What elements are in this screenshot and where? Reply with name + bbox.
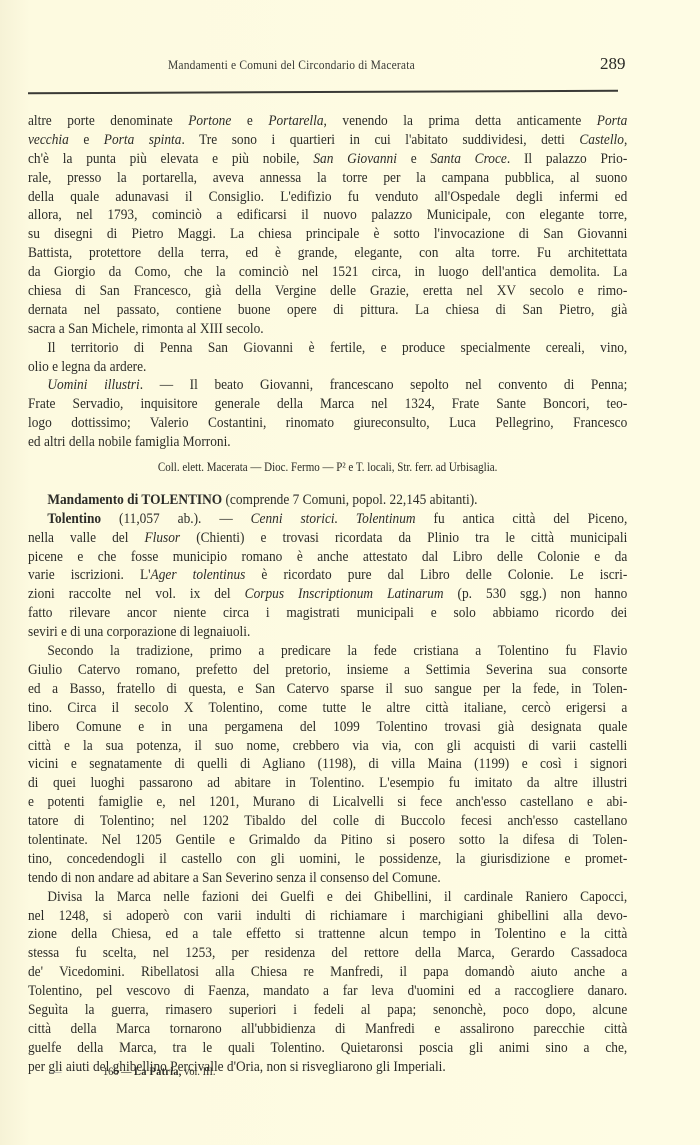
text-line: guelfe della Marca, tra le quali Tolenti… xyxy=(28,1039,627,1058)
text-line: rale, presso la portarella, aveva anness… xyxy=(28,169,627,188)
paragraph-penna-notable-people: Uomini illustri. — Il beato Giovanni, fr… xyxy=(28,376,632,452)
section-heading-tolentino: Mandamento di TOLENTINO (comprende 7 Com… xyxy=(28,491,627,510)
italic-term: Cenni storici. Tolentinum xyxy=(251,510,416,527)
italic-term: vecchia xyxy=(28,131,69,148)
text-line: ed altri della nobile famiglia Morroni. xyxy=(28,433,627,452)
page-footer: — 166 — La Patria, vol. III. xyxy=(40,1066,640,1086)
text-line: Uomini illustri. — Il beato Giovanni, fr… xyxy=(28,376,627,395)
italic-term: Castello xyxy=(579,131,624,148)
text-line: fatto rilevare ancor niente circa i magi… xyxy=(28,604,627,623)
text-line: vicini e segnatamente di quelli di Aglia… xyxy=(28,755,627,774)
text-line: tatore di Tolentino; nel 1202 Tibaldo de… xyxy=(28,812,627,831)
italic-term: Portone xyxy=(188,112,231,129)
text-line: nella valle del Flusor (Chienti) e trova… xyxy=(28,529,627,548)
text-line: allora, nel 1793, cominciò a edificarsi … xyxy=(28,206,627,225)
text-line: chiesa di San Francesco, già della Vergi… xyxy=(28,282,627,301)
italic-term: San Giovanni xyxy=(313,150,397,167)
paragraph-tolentino-guelphs-ghibellines: Divisa la Marca nelle fazioni dei Guelfi… xyxy=(28,888,632,1077)
text-line: stessa fu scelta, nel 1253, per residenz… xyxy=(28,944,627,963)
text-line: dernata nel passato, contiene buone oper… xyxy=(28,301,627,320)
italic-term: Flusor xyxy=(144,529,180,546)
text-line: libero Comune e in una pergamena del 109… xyxy=(28,718,627,737)
printer-signature: 166 — La Patria, vol. III. xyxy=(103,1066,216,1078)
italic-term: Porta spinta xyxy=(104,131,182,148)
paragraph-tolentino-ancient-history: Tolentino (11,057 ab.). — Cenni storici.… xyxy=(28,510,632,642)
text-line: nel 1248, si adoperò con varii indulti d… xyxy=(28,907,627,926)
italic-term: Portarella xyxy=(268,112,323,129)
text-line: tino. Circa il secolo X Tolentino, come … xyxy=(28,699,627,718)
italic-term: Corpus Inscriptionum Latinarum xyxy=(245,585,444,602)
text-line: sacra a San Michele, rimonta al XIII sec… xyxy=(28,320,627,339)
text-line: zioni raccolte nel vol. ix del Corpus In… xyxy=(28,585,627,604)
text-line: Divisa la Marca nelle fazioni dei Guelfi… xyxy=(28,888,627,907)
text-line: Secondo la tradizione, primo a predicare… xyxy=(28,642,627,661)
italic-term: Ager tolentinus xyxy=(151,566,246,583)
text-line: città della Marca tornarono all'ubbidien… xyxy=(28,1020,627,1039)
italic-term: Porta xyxy=(597,112,627,129)
text-line: da Giorgio da Como, che la cominciò nel … xyxy=(28,263,627,282)
text-line: Tolentino, pel vescovo di Faenza, mandat… xyxy=(28,982,627,1001)
footer-dash: — xyxy=(50,1066,62,1078)
text-line: olio e legna da ardere. xyxy=(28,358,627,377)
bold-term: Tolentino xyxy=(47,510,101,527)
section-heading-bold: Mandamento di TOLENTINO xyxy=(47,491,222,508)
text-line: tendo di non andare ad abitare a San Sev… xyxy=(28,869,627,888)
text-line: Battista, protettore della terra, ed è g… xyxy=(28,244,627,263)
section-heading-detail: (comprende 7 Comuni, popol. 22,145 abita… xyxy=(222,491,477,508)
running-head: Mandamenti e Comuni del Circondario di M… xyxy=(0,52,700,76)
text-line: Tolentino (11,057 ab.). — Cenni storici.… xyxy=(28,510,627,529)
paragraph-tolentino-medieval-history: Secondo la tradizione, primo a predicare… xyxy=(28,642,632,888)
signature-title: La Patria, xyxy=(134,1066,182,1078)
text-line: su disegni di Pietro Maggi. La chiesa pr… xyxy=(28,225,627,244)
text-line: Il territorio di Penna San Giovanni è fe… xyxy=(28,339,627,358)
admin-note: Coll. elett. Macerata — Dioc. Fermo — P²… xyxy=(28,458,627,477)
page-number: 289 xyxy=(600,54,626,74)
text-line: zione della Chiesa, ed a tale effetto si… xyxy=(28,925,627,944)
body-text: altre porte denominate Portone e Portare… xyxy=(28,112,632,1077)
text-line: Frate Servadio, inquisitore generale del… xyxy=(28,395,627,414)
paragraph-penna-territory: Il territorio di Penna San Giovanni è fe… xyxy=(28,339,632,377)
text-line: e potenti famiglie e, nel 1201, Murano d… xyxy=(28,793,627,812)
text-line: seviri e di una corporazione di legnaiuo… xyxy=(28,623,627,642)
text-line: logo dottissimo; Valerio Costantini, rin… xyxy=(28,414,627,433)
text-line: ed a Basso, fratello di questa, e San Ca… xyxy=(28,680,627,699)
text-line: altre porte denominate Portone e Portare… xyxy=(28,112,627,131)
text-line: Seguìta la guerra, rimasero superiori i … xyxy=(28,1001,627,1020)
running-title: Mandamenti e Comuni del Circondario di M… xyxy=(168,58,415,73)
text-line: Giulio Catervo romano, prefetto del pret… xyxy=(28,661,627,680)
text-line: tolentinate. Nel 1205 Gentile e Grimaldo… xyxy=(28,831,627,850)
italic-term: Uomini illustri xyxy=(47,376,139,393)
signature-number: 166 — xyxy=(103,1066,131,1078)
paragraph-penna-buildings: altre porte denominate Portone e Portare… xyxy=(28,112,632,339)
italic-term: Santa Croce xyxy=(430,150,506,167)
signature-volume: vol. III. xyxy=(184,1066,215,1078)
text-line: tino, concedendogli il castello con gli … xyxy=(28,850,627,869)
text-line: della quale adunavasi il Consiglio. L'ed… xyxy=(28,188,627,207)
text-line: vecchia e Porta spinta. Tre sono i quart… xyxy=(28,131,627,150)
text-line: città e la sua potenza, il suo nome, cre… xyxy=(28,737,627,756)
text-line: ch'è la punta più elevata e più nobile, … xyxy=(28,150,627,169)
text-line: di quei luoghi passarono ad abitare in T… xyxy=(28,774,627,793)
text-line: picene e che fosse municipio romano è an… xyxy=(28,548,627,567)
header-rule xyxy=(28,90,618,95)
text-line: varie iscrizioni. L'Ager tolentinus è ri… xyxy=(28,566,627,585)
text-line: de' Vicedomini. Ribellatosi alla Chiesa … xyxy=(28,963,627,982)
book-page: Mandamenti e Comuni del Circondario di M… xyxy=(0,0,700,1145)
